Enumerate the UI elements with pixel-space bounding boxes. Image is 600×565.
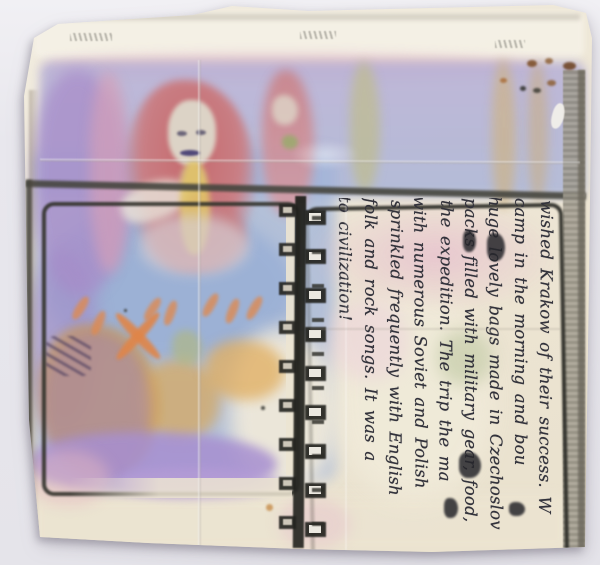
- vertical-crease: [198, 60, 201, 552]
- rust-stain: [547, 80, 556, 86]
- handwriting-line: folk and rock songs. It was a: [358, 198, 383, 552]
- woman-lips: [180, 150, 200, 156]
- top-edge-shading: [40, 14, 580, 20]
- binding-teeth-left-holes: [283, 207, 292, 548]
- dark-speck: [261, 406, 265, 410]
- handwriting-line: camp in the morning and bou: [508, 198, 533, 552]
- wrinkle-highlight: [290, 140, 360, 170]
- pencil-mark: [70, 33, 112, 41]
- ink-scribble: [487, 233, 505, 261]
- photo-of-artwork: wished Krakow of their success. W camp i…: [0, 0, 600, 565]
- green-stripe-1: [350, 62, 380, 192]
- artwork-paper: wished Krakow of their success. W camp i…: [0, 0, 600, 565]
- tan-stripe-3: [528, 62, 548, 202]
- ink-scribble: [444, 498, 458, 518]
- page-edge-line-right: [578, 70, 585, 548]
- rust-stain: [563, 62, 576, 70]
- inner-border-left-page: [42, 202, 300, 496]
- vertical-crease-right: [345, 200, 347, 550]
- ink-scribble: [509, 502, 525, 516]
- ink-scribble: [459, 452, 481, 478]
- rust-stain: [545, 58, 553, 64]
- woman-face: [168, 100, 216, 166]
- dark-speck: [124, 309, 127, 312]
- ink-scribble: [463, 230, 476, 252]
- woman-eye-left: [177, 131, 187, 136]
- rust-stain: [500, 78, 507, 83]
- second-figure-face: [272, 95, 298, 125]
- left-edge-shading: [29, 90, 39, 538]
- pencil-mark: [300, 31, 336, 39]
- paper-shadow: wished Krakow of their success. W camp i…: [0, 0, 600, 565]
- inner-border-left-fade: [70, 478, 292, 498]
- rust-stain: [527, 60, 537, 67]
- rust-dot-bottom: [266, 504, 273, 511]
- punch-dash-marks: [312, 216, 324, 536]
- handwriting-line: wished Krakow of their success. W: [532, 200, 558, 552]
- horizontal-crease-right: [310, 328, 560, 330]
- ink-speck: [533, 88, 541, 93]
- pencil-mark: [495, 40, 525, 48]
- handwriting-line: with numerous Soviet and Polish: [407, 198, 434, 550]
- ink-speck: [520, 86, 526, 91]
- handwriting-line: sprinkled frequently with English: [382, 200, 409, 552]
